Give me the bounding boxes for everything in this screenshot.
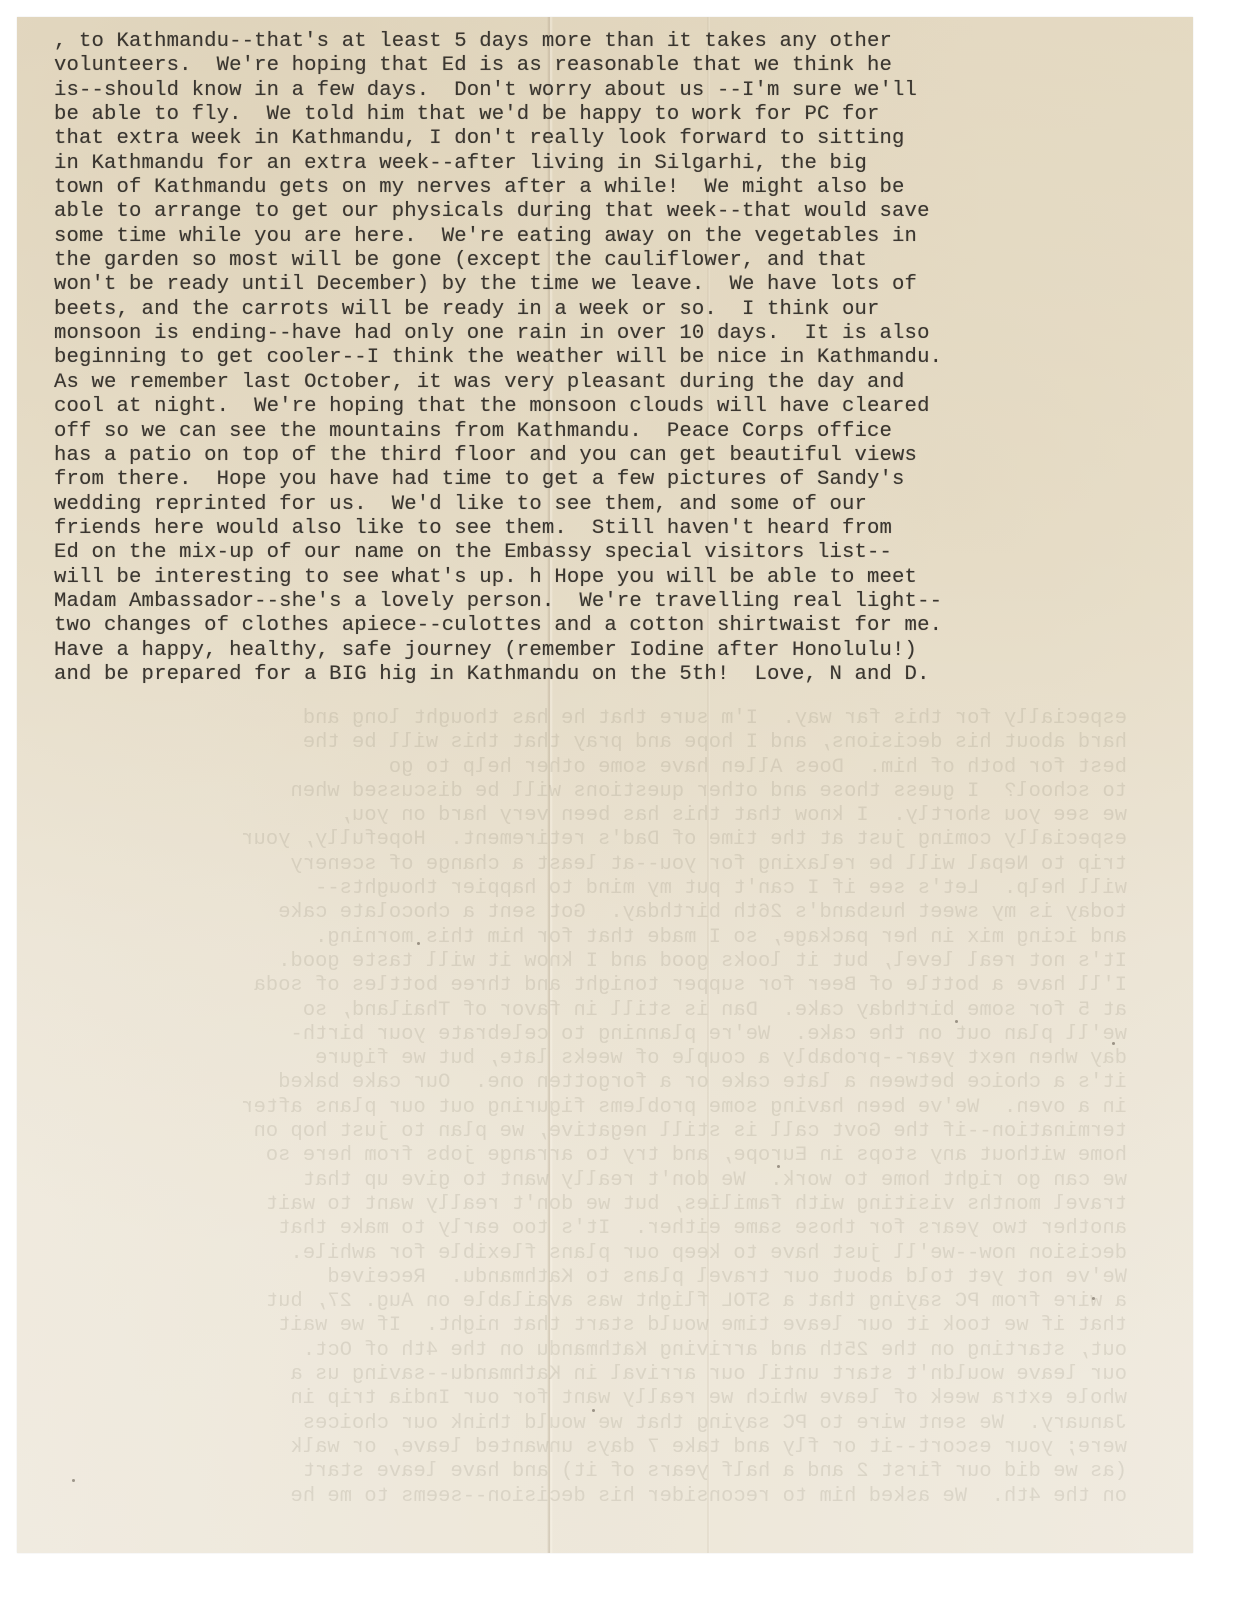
- letter-body: , to Kathmandu--that's at least 5 days m…: [54, 30, 942, 687]
- letter-line: cool at night. We're hoping that the mon…: [54, 395, 942, 419]
- letter-line: will be interesting to see what's up. h …: [54, 566, 942, 590]
- letter-line: two changes of clothes apiece--culottes …: [54, 614, 942, 638]
- letter-line: monsoon is ending--have had only one rai…: [54, 322, 942, 346]
- letter-line: has a patio on top of the third floor an…: [54, 444, 942, 468]
- letter-line: As we remember last October, it was very…: [54, 371, 942, 395]
- letter-line: town of Kathmandu gets on my nerves afte…: [54, 176, 942, 200]
- letter-line: from there. Hope you have had time to ge…: [54, 468, 942, 492]
- letter-line: is--should know in a few days. Don't wor…: [54, 79, 942, 103]
- letter-line: wedding reprinted for us. We'd like to s…: [54, 493, 942, 517]
- letter-line: friends here would also like to see them…: [54, 517, 942, 541]
- reverse-side-bleed-through: especially for this far way. I'm sure th…: [77, 707, 1127, 1507]
- letter-line: be able to fly. We told him that we'd be…: [54, 103, 942, 127]
- letter-line: , to Kathmandu--that's at least 5 days m…: [54, 30, 942, 54]
- letter-line: able to arrange to get our physicals dur…: [54, 200, 942, 224]
- letter-line: and be prepared for a BIG hig in Kathman…: [54, 663, 942, 687]
- letter-page: especially for this far way. I'm sure th…: [17, 17, 1193, 1553]
- letter-line: Have a happy, healthy, safe journey (rem…: [54, 639, 942, 663]
- letter-line: off so we can see the mountains from Kat…: [54, 420, 942, 444]
- letter-line: Ed on the mix-up of our name on the Emba…: [54, 541, 942, 565]
- letter-line: won't be ready until December) by the ti…: [54, 273, 942, 297]
- letter-line: that extra week in Kathmandu, I don't re…: [54, 127, 942, 151]
- letter-line: the garden so most will be gone (except …: [54, 249, 942, 273]
- letter-line: in Kathmandu for an extra week--after li…: [54, 152, 942, 176]
- letter-line: volunteers. We're hoping that Ed is as r…: [54, 54, 942, 78]
- letter-line: Madam Ambassador--she's a lovely person.…: [54, 590, 942, 614]
- letter-line: beginning to get cooler--I think the wea…: [54, 346, 942, 370]
- letter-line: beets, and the carrots will be ready in …: [54, 298, 942, 322]
- letter-line: some time while you are here. We're eati…: [54, 225, 942, 249]
